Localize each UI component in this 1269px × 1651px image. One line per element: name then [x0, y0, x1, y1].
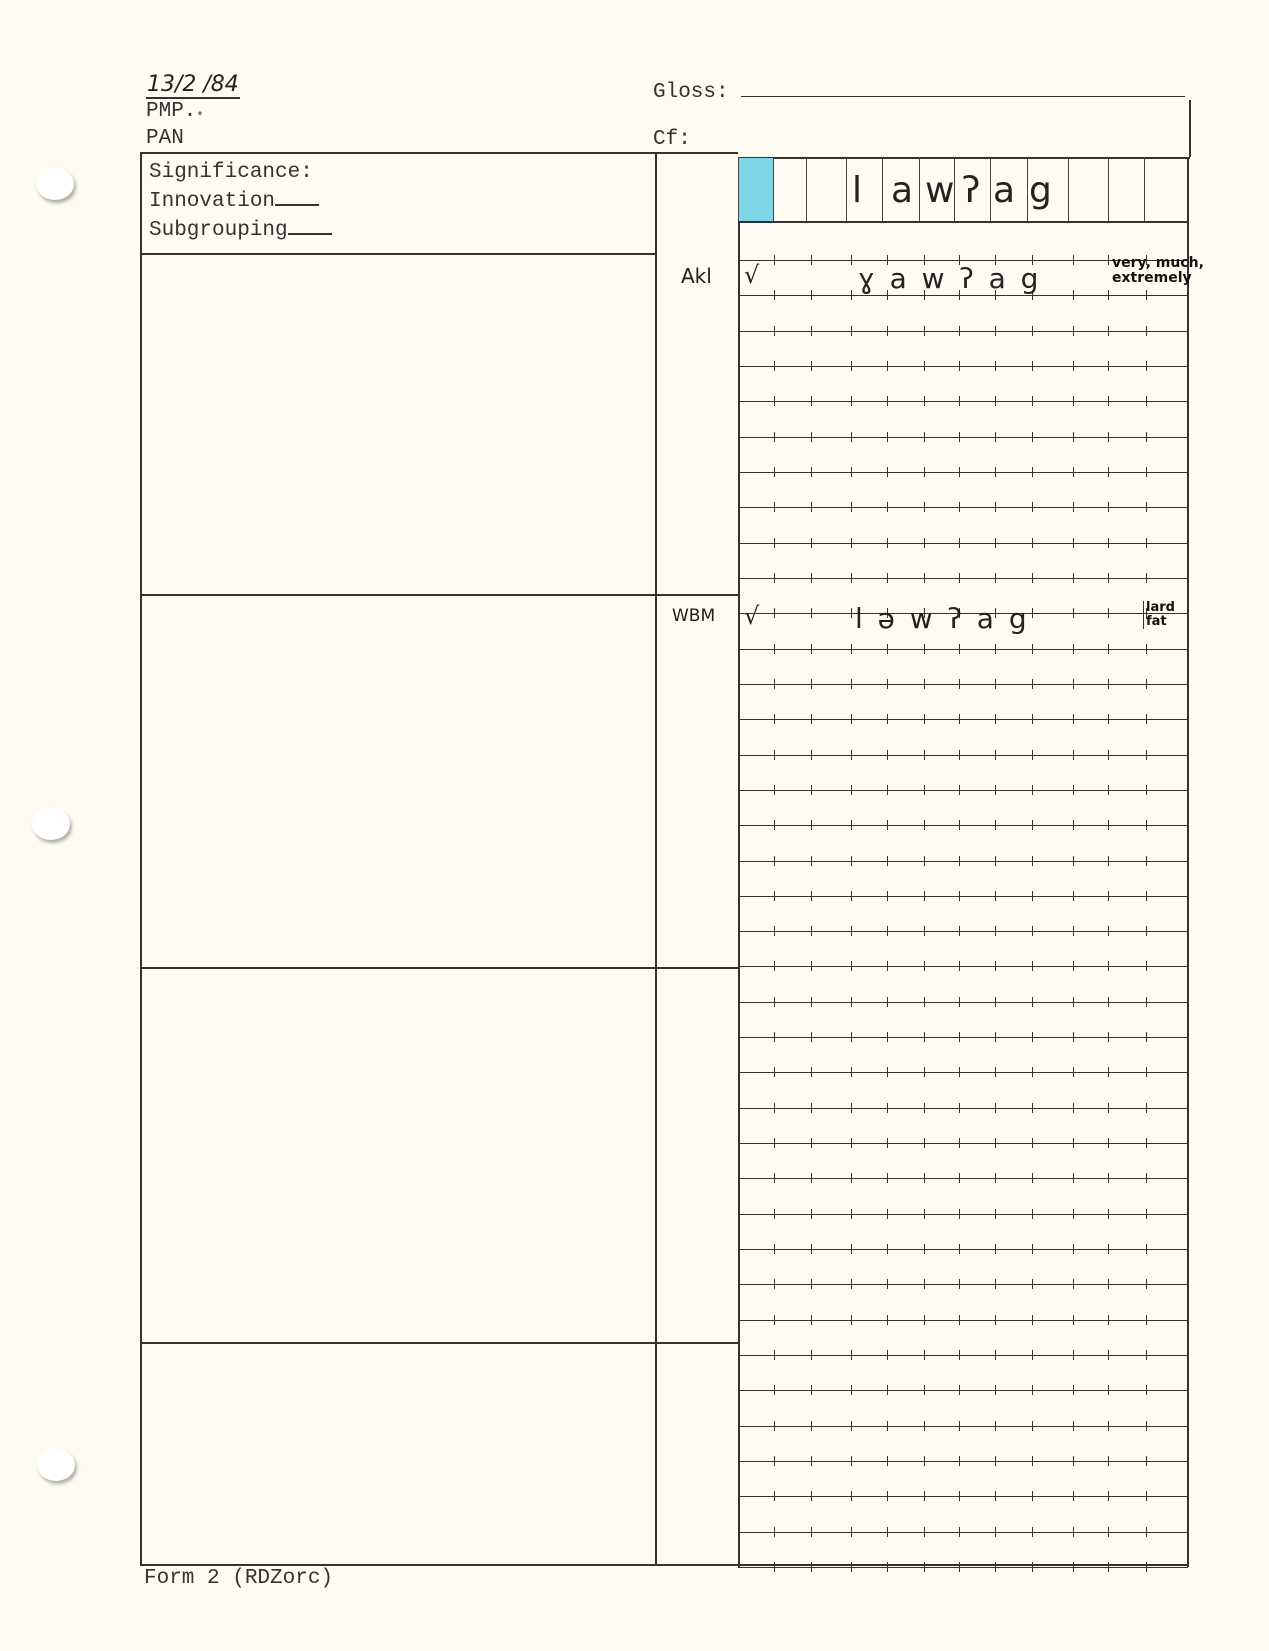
tick-mark	[1032, 1173, 1033, 1183]
tick-mark	[1108, 644, 1109, 654]
tick-mark	[1108, 502, 1109, 512]
tick-mark	[887, 1527, 888, 1537]
significance-box: Significance: Innovation Subgrouping	[149, 160, 332, 244]
ruled-line	[738, 1143, 1188, 1144]
ruled-line	[738, 578, 1188, 579]
tick-mark	[1146, 1032, 1147, 1042]
tick-mark	[1108, 1456, 1109, 1466]
grid-cell	[1144, 157, 1188, 221]
tick-mark	[1073, 1527, 1074, 1537]
tick-mark	[959, 1244, 960, 1254]
tick-mark	[924, 1562, 925, 1572]
tick-mark	[1032, 502, 1033, 512]
tick-mark	[811, 1385, 812, 1395]
tick-mark	[811, 1032, 812, 1042]
ruled-line	[738, 543, 1188, 544]
tick-mark	[851, 1350, 852, 1360]
subgrouping-label: Subgrouping	[149, 219, 288, 242]
tick-mark	[1108, 1279, 1109, 1289]
tick-mark	[1146, 820, 1147, 830]
ruled-line	[738, 1390, 1188, 1391]
tick-mark	[959, 396, 960, 406]
tick-mark	[924, 1103, 925, 1113]
tick-mark	[995, 679, 996, 689]
gloss-label: Gloss:	[653, 81, 729, 104]
tick-mark	[924, 361, 925, 371]
ruled-line	[738, 1178, 1188, 1179]
tick-mark	[959, 1562, 960, 1572]
tick-mark	[851, 432, 852, 442]
reconstruction-segment: a	[993, 170, 1015, 211]
tick-mark	[1073, 1103, 1074, 1113]
tick-mark	[1073, 608, 1074, 618]
tick-mark	[1032, 891, 1033, 901]
tick-mark	[774, 255, 775, 265]
tick-mark	[1073, 396, 1074, 406]
tick-mark	[1032, 1032, 1033, 1042]
tick-mark	[959, 1138, 960, 1148]
tick-mark	[995, 538, 996, 548]
ruled-line	[738, 719, 1188, 720]
tick-mark	[1108, 1103, 1109, 1113]
tick-mark	[811, 1138, 812, 1148]
tick-mark	[924, 467, 925, 477]
grid-cell	[1068, 157, 1108, 221]
tick-mark	[811, 820, 812, 830]
tick-mark	[995, 432, 996, 442]
tick-mark	[959, 502, 960, 512]
entry-form-wbm: l ə w ʔ a g	[855, 602, 1030, 635]
tick-mark	[1032, 644, 1033, 654]
innovation-field[interactable]	[275, 186, 319, 206]
ruled-line	[738, 1002, 1188, 1003]
tick-mark	[959, 1527, 960, 1537]
tick-mark	[1108, 961, 1109, 971]
tick-mark	[1108, 1527, 1109, 1537]
ruled-line	[738, 1249, 1188, 1250]
tick-mark	[851, 1491, 852, 1501]
tick-mark	[924, 750, 925, 760]
tick-mark	[1073, 467, 1074, 477]
tick-mark	[924, 396, 925, 406]
ruled-line	[738, 825, 1188, 826]
tick-mark	[1073, 1032, 1074, 1042]
tick-mark	[1073, 1350, 1074, 1360]
tick-mark	[851, 1067, 852, 1077]
tick-mark	[924, 1209, 925, 1219]
tick-mark	[774, 1138, 775, 1148]
tick-mark	[887, 326, 888, 336]
tick-mark	[811, 997, 812, 1007]
tick-mark	[1032, 1491, 1033, 1501]
tick-mark	[811, 1103, 812, 1113]
tick-mark	[1146, 714, 1147, 724]
tick-mark	[887, 679, 888, 689]
tick-mark	[887, 926, 888, 936]
tick-mark	[774, 290, 775, 300]
tick-mark	[851, 1562, 852, 1572]
tick-mark	[1073, 1421, 1074, 1431]
entry-check-wbm: √	[744, 602, 759, 630]
tick-mark	[811, 326, 812, 336]
section-divider-1	[140, 253, 656, 255]
tick-mark	[1146, 573, 1147, 583]
tick-mark	[924, 502, 925, 512]
tick-mark	[887, 1032, 888, 1042]
tick-mark	[995, 1350, 996, 1360]
binder-hole-middle	[32, 808, 70, 840]
tick-mark	[1073, 1209, 1074, 1219]
tick-mark	[1073, 1244, 1074, 1254]
tick-mark	[887, 785, 888, 795]
tick-mark	[1032, 1315, 1033, 1325]
ruled-line	[738, 1214, 1188, 1215]
tick-mark	[924, 326, 925, 336]
tick-mark	[1073, 961, 1074, 971]
tick-mark	[1108, 1315, 1109, 1325]
tick-mark	[851, 538, 852, 548]
tick-mark	[924, 1067, 925, 1077]
tick-mark	[1146, 1209, 1147, 1219]
tick-mark	[959, 785, 960, 795]
grid-cell	[1108, 157, 1144, 221]
tick-mark	[1032, 750, 1033, 760]
tick-mark	[1108, 1032, 1109, 1042]
tick-mark	[774, 1456, 775, 1466]
tick-mark	[1073, 573, 1074, 583]
tick-mark	[1032, 326, 1033, 336]
tick-mark	[774, 1527, 775, 1537]
tick-mark	[1108, 997, 1109, 1007]
tick-mark	[995, 1279, 996, 1289]
tick-mark	[851, 679, 852, 689]
tick-mark	[851, 644, 852, 654]
tick-mark	[1108, 926, 1109, 936]
tick-mark	[851, 997, 852, 1007]
tick-mark	[887, 820, 888, 830]
ruled-line	[738, 1284, 1188, 1285]
tick-mark	[851, 1032, 852, 1042]
tick-mark	[924, 1279, 925, 1289]
tick-mark	[811, 1421, 812, 1431]
tick-mark	[995, 326, 996, 336]
reconstruction-segment: a	[891, 170, 913, 211]
tick-mark	[924, 785, 925, 795]
tick-mark	[924, 1421, 925, 1431]
tick-mark	[1032, 573, 1033, 583]
tick-mark	[959, 856, 960, 866]
binder-hole-bottom	[37, 1449, 75, 1481]
ruled-line	[738, 472, 1188, 473]
tick-mark	[995, 961, 996, 971]
tick-mark	[924, 679, 925, 689]
tick-mark	[995, 1103, 996, 1113]
tick-mark	[959, 820, 960, 830]
tick-mark	[959, 714, 960, 724]
tick-mark	[1146, 1527, 1147, 1537]
asterisk-mark: *	[196, 110, 203, 124]
tick-mark	[924, 1527, 925, 1537]
tick-mark	[1146, 785, 1147, 795]
section-divider-3	[140, 967, 738, 969]
tick-mark	[1073, 1173, 1074, 1183]
tick-mark	[924, 1173, 925, 1183]
tick-mark	[1073, 644, 1074, 654]
tick-mark	[1032, 856, 1033, 866]
tick-mark	[851, 856, 852, 866]
tick-mark	[1146, 396, 1147, 406]
tick-mark	[995, 926, 996, 936]
tick-mark	[959, 926, 960, 936]
tick-mark	[774, 785, 775, 795]
tick-mark	[1108, 1067, 1109, 1077]
tick-mark	[774, 1315, 775, 1325]
tick-mark	[924, 644, 925, 654]
tick-mark	[851, 1279, 852, 1289]
tick-mark	[995, 573, 996, 583]
tick-mark	[774, 1421, 775, 1431]
tick-mark	[811, 750, 812, 760]
tick-mark	[924, 961, 925, 971]
tick-mark	[995, 1138, 996, 1148]
gloss-box-right-edge	[1189, 100, 1191, 157]
tick-mark	[959, 1067, 960, 1077]
tick-mark	[851, 785, 852, 795]
ruled-line	[738, 896, 1188, 897]
tick-mark	[851, 1103, 852, 1113]
ruled-line	[738, 966, 1188, 967]
ruled-line	[738, 755, 1188, 756]
ruled-line	[738, 649, 1188, 650]
tick-mark	[1146, 432, 1147, 442]
tick-mark	[959, 679, 960, 689]
tick-mark	[959, 1491, 960, 1501]
ruled-line	[738, 366, 1188, 367]
tick-mark	[1146, 538, 1147, 548]
tick-mark	[887, 1209, 888, 1219]
tick-mark	[995, 467, 996, 477]
tick-mark	[774, 1279, 775, 1289]
subgrouping-field[interactable]	[288, 215, 332, 235]
tick-mark	[1146, 1421, 1147, 1431]
innovation-label: Innovation	[149, 190, 275, 213]
frame-left	[140, 152, 142, 1564]
tick-mark	[959, 538, 960, 548]
tick-mark	[1108, 856, 1109, 866]
tick-mark	[851, 926, 852, 936]
section-divider-4	[140, 1342, 738, 1344]
tick-mark	[1146, 1315, 1147, 1325]
tick-mark	[995, 1456, 996, 1466]
tick-mark	[774, 432, 775, 442]
tick-mark	[1032, 538, 1033, 548]
tick-mark	[851, 1421, 852, 1431]
tick-mark	[811, 1527, 812, 1537]
tick-mark	[811, 785, 812, 795]
tick-mark	[1146, 1456, 1147, 1466]
reconstruction-segment: w	[925, 170, 954, 211]
tick-mark	[774, 1032, 775, 1042]
grid-bottom	[738, 221, 1188, 223]
tick-mark	[995, 1315, 996, 1325]
tick-mark	[1073, 1491, 1074, 1501]
tick-mark	[811, 891, 812, 901]
tick-mark	[995, 1527, 996, 1537]
tick-mark	[1032, 1103, 1033, 1113]
tick-mark	[959, 1456, 960, 1466]
tick-mark	[851, 1385, 852, 1395]
grid-cell	[773, 157, 806, 221]
tick-mark	[1073, 856, 1074, 866]
tick-mark	[1073, 1138, 1074, 1148]
entry-form-akl: ɣ a w ʔ a g	[858, 262, 1041, 295]
tick-mark	[1146, 1385, 1147, 1395]
tick-mark	[1073, 714, 1074, 724]
tick-mark	[995, 396, 996, 406]
tick-mark	[1108, 679, 1109, 689]
tick-mark	[995, 1032, 996, 1042]
tick-mark	[959, 1032, 960, 1042]
tick-mark	[1032, 1456, 1033, 1466]
tick-mark	[811, 290, 812, 300]
tick-mark	[995, 1173, 996, 1183]
ruled-line	[738, 1037, 1188, 1038]
tick-mark	[811, 1562, 812, 1572]
tick-mark	[959, 361, 960, 371]
tick-mark	[1032, 1067, 1033, 1077]
tick-mark	[995, 997, 996, 1007]
tick-mark	[774, 326, 775, 336]
tick-mark	[995, 1562, 996, 1572]
tick-mark	[774, 891, 775, 901]
tick-mark	[1108, 1421, 1109, 1431]
tick-mark	[1146, 750, 1147, 760]
form-label: Form 2 (RDZorc)	[144, 1566, 333, 1592]
tick-mark	[811, 432, 812, 442]
tick-mark	[1073, 538, 1074, 548]
tick-mark	[1146, 1279, 1147, 1289]
tick-mark	[1146, 961, 1147, 971]
tick-mark	[924, 1244, 925, 1254]
tick-mark	[995, 502, 996, 512]
tick-mark	[887, 467, 888, 477]
tick-mark	[1073, 891, 1074, 901]
tick-mark	[774, 1562, 775, 1572]
tick-mark	[851, 1315, 852, 1325]
tick-mark	[1073, 1385, 1074, 1395]
tick-mark	[924, 1385, 925, 1395]
tick-mark	[887, 1173, 888, 1183]
tick-mark	[887, 432, 888, 442]
tick-mark	[1146, 1067, 1147, 1077]
tick-mark	[774, 573, 775, 583]
ruled-line	[738, 507, 1188, 508]
tick-mark	[774, 926, 775, 936]
tick-mark	[1032, 1527, 1033, 1537]
tick-mark	[1146, 1491, 1147, 1501]
entry-gloss-wbm: lard fat	[1143, 601, 1186, 629]
tick-mark	[995, 785, 996, 795]
tick-mark	[851, 608, 852, 618]
tick-mark	[774, 1209, 775, 1219]
tick-mark	[774, 608, 775, 618]
tick-mark	[1032, 467, 1033, 477]
tick-mark	[1146, 891, 1147, 901]
reconstruction-segment: g	[1029, 170, 1052, 211]
ruled-line	[738, 1496, 1188, 1497]
tick-mark	[811, 538, 812, 548]
ruled-line	[738, 1108, 1188, 1109]
ruled-line	[738, 295, 1188, 296]
binder-hole-top	[36, 168, 74, 200]
tick-mark	[887, 1244, 888, 1254]
grid-cell	[806, 157, 846, 221]
tick-mark	[851, 1173, 852, 1183]
tick-mark	[811, 573, 812, 583]
tick-mark	[924, 573, 925, 583]
tick-mark	[1108, 1244, 1109, 1254]
gloss-field[interactable]	[741, 78, 1185, 97]
tick-mark	[1073, 1456, 1074, 1466]
tick-mark	[959, 1315, 960, 1325]
tick-mark	[851, 1209, 852, 1219]
tick-mark	[1108, 608, 1109, 618]
frame-top	[140, 152, 738, 154]
ruled-line	[738, 1072, 1188, 1073]
tick-mark	[959, 467, 960, 477]
tick-mark	[959, 1103, 960, 1113]
tick-mark	[1032, 679, 1033, 689]
tick-mark	[887, 750, 888, 760]
tick-mark	[1108, 255, 1109, 265]
tick-mark	[811, 608, 812, 618]
tick-mark	[887, 396, 888, 406]
tick-mark	[1073, 997, 1074, 1007]
tick-mark	[924, 926, 925, 936]
tick-mark	[1073, 326, 1074, 336]
tick-mark	[1073, 1315, 1074, 1325]
tick-mark	[1146, 644, 1147, 654]
tick-mark	[774, 961, 775, 971]
tick-mark	[959, 1209, 960, 1219]
tick-mark	[811, 361, 812, 371]
tick-mark	[995, 1421, 996, 1431]
entry-check-akl: √	[744, 261, 759, 289]
tick-mark	[959, 1350, 960, 1360]
tick-mark	[959, 1279, 960, 1289]
ruled-line	[738, 331, 1188, 332]
tick-mark	[959, 644, 960, 654]
tick-mark	[1108, 396, 1109, 406]
tick-mark	[851, 290, 852, 300]
tick-mark	[774, 502, 775, 512]
date-field[interactable]: 13/2 /84	[146, 72, 240, 99]
tick-mark	[811, 1315, 812, 1325]
tick-mark	[1032, 1350, 1033, 1360]
ruled-line	[738, 1426, 1188, 1427]
tick-mark	[1146, 1173, 1147, 1183]
tick-mark	[1032, 961, 1033, 971]
tick-mark	[1032, 608, 1033, 618]
tick-mark	[959, 432, 960, 442]
tick-mark	[811, 961, 812, 971]
tick-mark	[774, 679, 775, 689]
tick-mark	[1146, 467, 1147, 477]
tick-mark	[924, 714, 925, 724]
tick-mark	[811, 1279, 812, 1289]
tick-mark	[887, 1385, 888, 1395]
tick-mark	[1032, 820, 1033, 830]
